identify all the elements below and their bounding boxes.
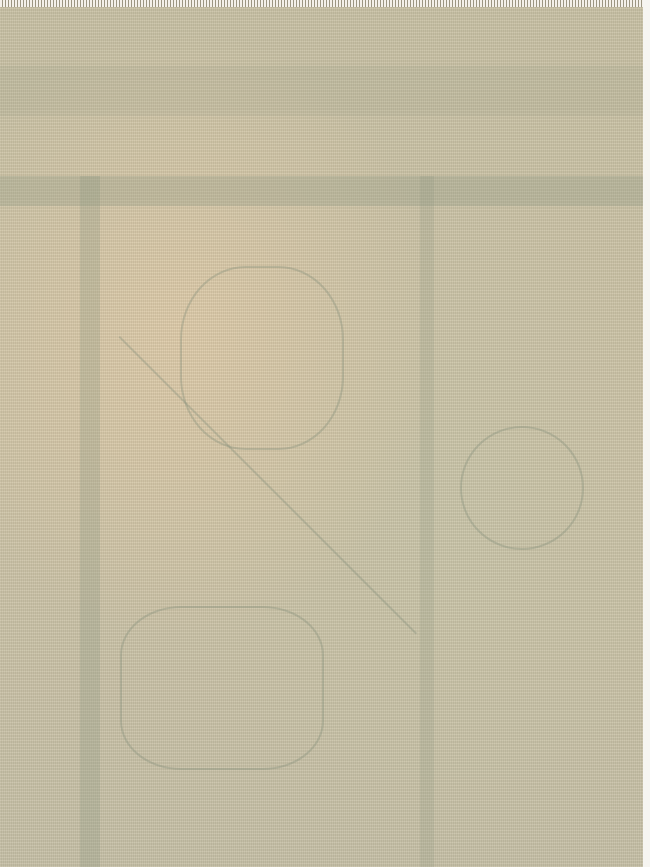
- lower-motif: [120, 606, 324, 770]
- floral-motif: [460, 426, 584, 550]
- left-border-band: [80, 176, 100, 867]
- image-edge: [643, 0, 650, 867]
- rug-fringe: [0, 0, 643, 7]
- top-field-band: [0, 66, 643, 116]
- inner-panel-band: [420, 176, 434, 867]
- rug-photo: [0, 6, 643, 867]
